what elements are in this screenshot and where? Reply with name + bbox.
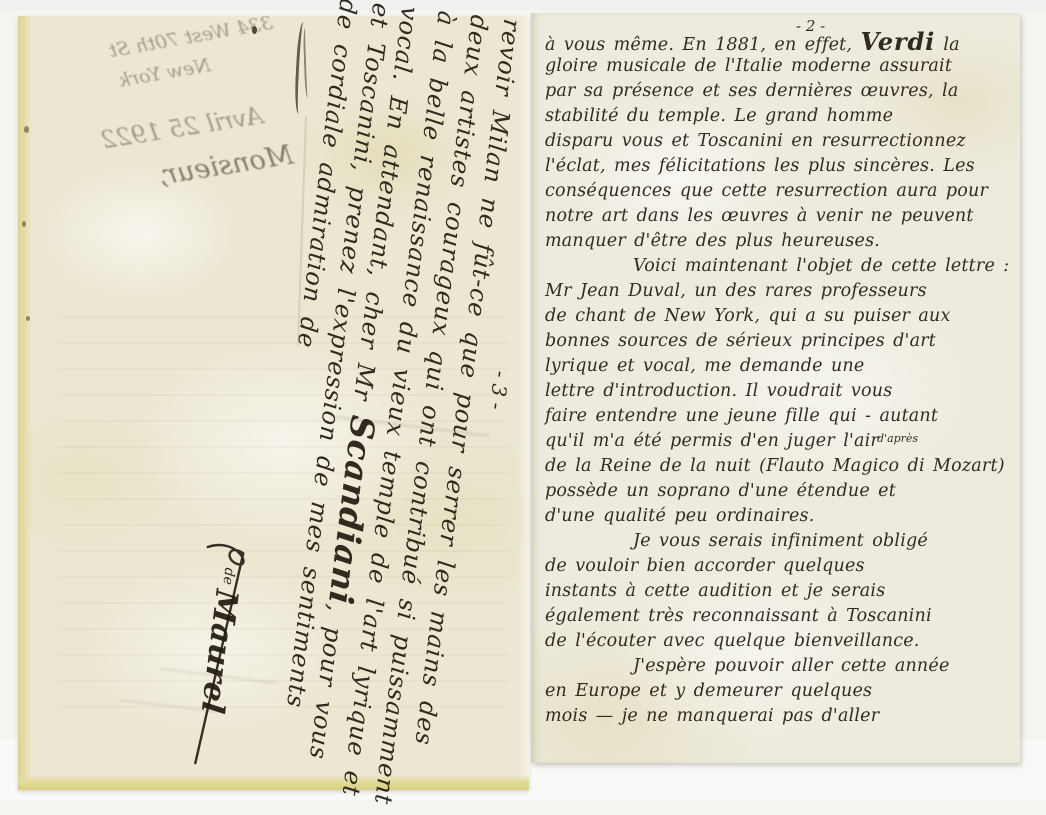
line-segment: de chant de New York, qui a su puiser au… [545, 306, 951, 326]
right-page-lines: à vous même. En 1881, en effet, Verdi la… [545, 29, 1009, 729]
letter-line: stabilité du temple. Le grand homme [545, 104, 1009, 129]
letter-line: Voici maintenant l'objet de cette lettre… [545, 254, 1009, 279]
line-segment: la [935, 35, 960, 55]
letter-line: l'éclat, mes félicitations les plus sinc… [545, 154, 1009, 179]
line-segment: faire entendre une jeune fille qui - aut… [545, 406, 938, 426]
letter-line: Mr Jean Duval, un des rares professeurs [545, 279, 1009, 304]
letter-line: gloire musicale de l'Italie moderne assu… [545, 54, 1009, 79]
line-segment: notre art dans les œuvres à venir ne peu… [545, 206, 974, 226]
letter-line: conséquences que cette resurrection aura… [545, 179, 1009, 204]
letter-line: qu'il m'a été permis d'en juger l'air [545, 429, 1009, 454]
line-segment: de vouloir bien accorder quelques [545, 556, 865, 576]
emphasized-word: Verdi [860, 27, 935, 56]
letter-line: manquer d'être des plus heureuses. [545, 229, 1009, 254]
letter-line: faire entendre une jeune fille qui - aut… [545, 404, 1009, 429]
letter-line: J'espère pouvoir aller cette année [545, 654, 1009, 679]
interlinear-insertion: d'après [877, 432, 918, 445]
paper-speck [26, 316, 30, 321]
line-segment: lyrique et vocal, me demande une [545, 356, 864, 376]
line-segment: mois — je ne manquerai pas d'aller [545, 706, 879, 726]
letter-line: bonnes sources de sérieux principes d'ar… [545, 329, 1009, 354]
letter-line: d'une qualité peu ordinaires. [545, 504, 1009, 529]
line-segment: J'espère pouvoir aller cette année [633, 656, 950, 676]
line-segment: lettre d'introduction. Il voudrait vous [545, 381, 892, 401]
paper-speck [22, 221, 26, 227]
line-segment: d'une qualité peu ordinaires. [545, 506, 815, 526]
letter-line: de chant de New York, qui a su puiser au… [545, 304, 1009, 329]
line-segment: Voici maintenant l'objet de cette lettre… [633, 256, 1009, 276]
letter-line: notre art dans les œuvres à venir ne peu… [545, 204, 1009, 229]
letter-line: disparu vous et Toscanini en resurrectio… [545, 129, 1009, 154]
line-segment: instants à cette audition et je serais [545, 581, 885, 601]
letter-line: également très reconnaissant à Toscanini [545, 604, 1009, 629]
line-segment: conséquences que cette resurrection aura… [545, 181, 988, 201]
letter-line: en Europe et y demeurer quelques [545, 679, 1009, 704]
letter-line: Je vous serais infiniment obligé [545, 529, 1009, 554]
letter-scan: 334 West 70th St New York Avril 25 1922 … [0, 0, 1046, 800]
line-segment: à vous même. En 1881, en effet, [545, 35, 860, 55]
letter-line: de l'écouter avec quelque bienveillance. [545, 629, 1009, 654]
signature-prefix: de [219, 567, 237, 586]
line-segment: possède un soprano d'une étendue et [545, 481, 896, 501]
line-segment: stabilité du temple. Le grand homme [545, 106, 893, 126]
letter-line: par sa présence et ses dernières œuvres,… [545, 79, 1009, 104]
line-segment: en Europe et y demeurer quelques [545, 681, 872, 701]
letter-line: instants à cette audition et je serais [545, 579, 1009, 604]
line-segment: de l'écouter avec quelque bienveillance. [545, 631, 920, 651]
letter-line: à vous même. En 1881, en effet, Verdi la [545, 29, 1009, 54]
letter-line: possède un soprano d'une étendue et [545, 479, 1009, 504]
line-segment: de la Reine de la nuit (Flauto Magico di… [545, 456, 1005, 476]
line-segment: manquer d'être des plus heureuses. [545, 231, 880, 251]
line-segment: gloire musicale de l'Italie moderne assu… [545, 56, 952, 76]
line-segment: également très reconnaissant à Toscanini [545, 606, 932, 626]
line-segment: l'éclat, mes félicitations les plus sinc… [545, 156, 975, 176]
letter-line: lettre d'introduction. Il voudrait vous [545, 379, 1009, 404]
line-segment: Mr Jean Duval, un des rares professeurs [545, 281, 927, 301]
line-segment: par sa présence et ses dernières œuvres,… [545, 81, 958, 101]
right-page: - 2 - à vous même. En 1881, en effet, Ve… [531, 13, 1020, 763]
letter-line: de la Reine de la nuit (Flauto Magico di… [545, 454, 1009, 479]
letter-line: de vouloir bien accorder quelques [545, 554, 1009, 579]
paper-speck [24, 126, 29, 133]
letter-line: mois — je ne manquerai pas d'aller [545, 704, 1009, 729]
line-segment: qu'il m'a été permis d'en juger l'air [545, 431, 879, 451]
line-segment: Je vous serais infiniment obligé [633, 531, 928, 551]
letter-line: lyrique et vocal, me demande une [545, 354, 1009, 379]
line-segment: disparu vous et Toscanini en resurrectio… [545, 131, 966, 151]
line-segment: bonnes sources de sérieux principes d'ar… [545, 331, 936, 351]
